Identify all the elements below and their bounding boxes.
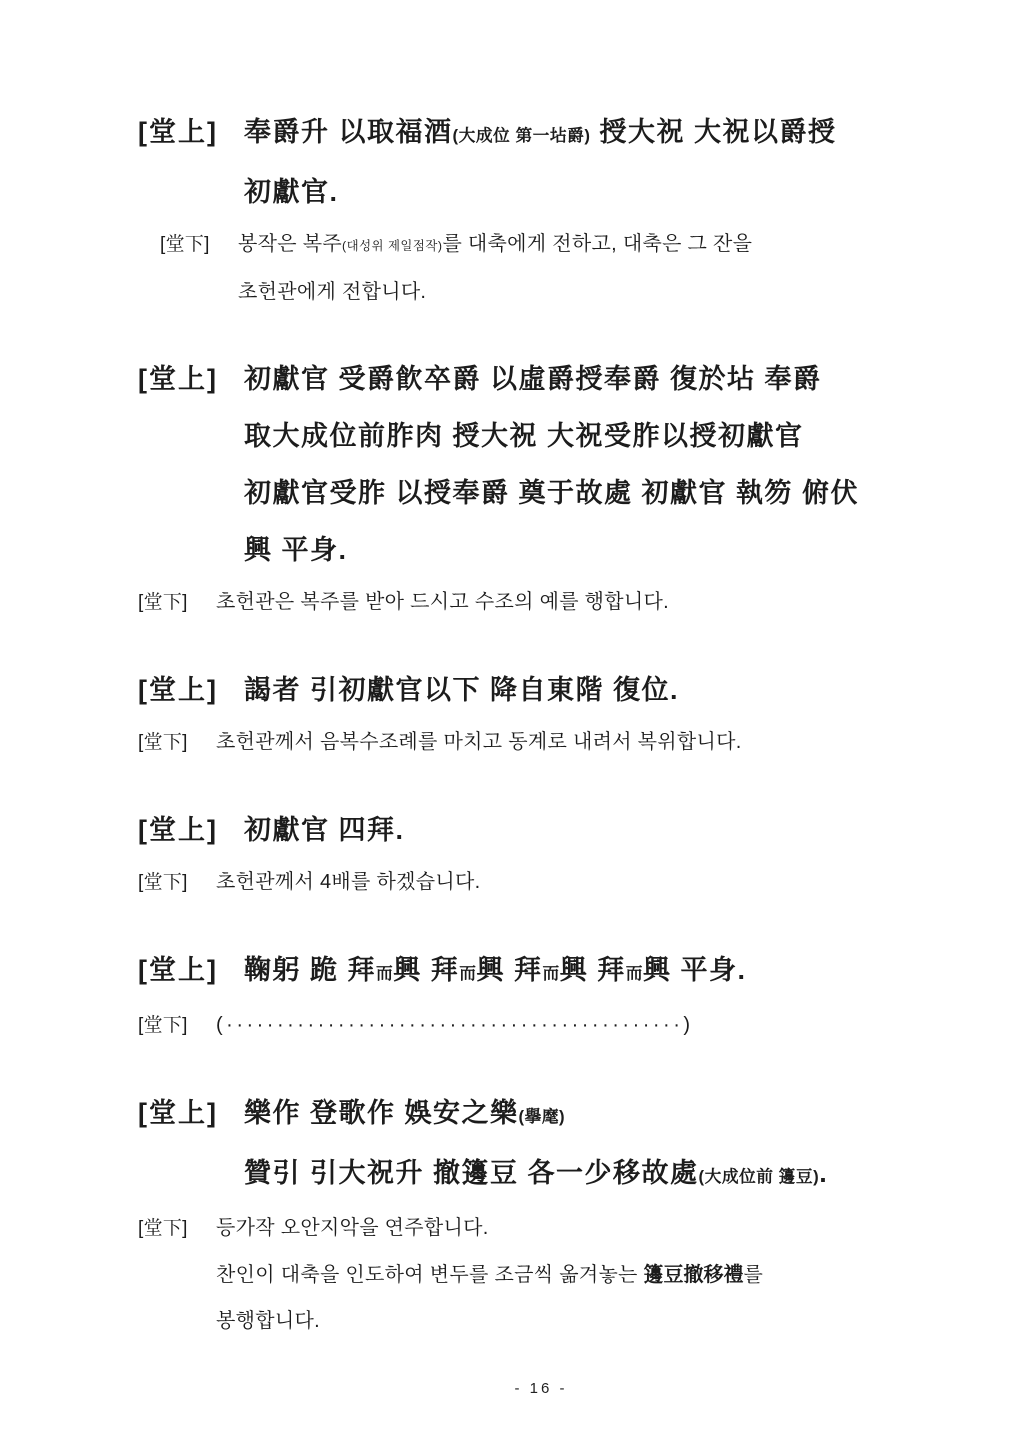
explanation-line-hangul: [堂下]봉작은 복주(대성위 제일점작)를 대축에게 전하고, 대축은 그 잔을: [160, 221, 944, 269]
document-body: [堂上]奉爵升 以取福酒(大成位 第一坫爵) 授大祝 大祝以爵授初獻官.[堂下]…: [138, 104, 944, 1344]
ceremony-line-hanja: [堂上]鞠躬 跪 拜而興 拜而興 拜而興 拜而興 平身.: [138, 942, 944, 1002]
text-segment: 籩豆撤移禮: [644, 1264, 744, 1286]
inline-annotation: 而: [459, 964, 476, 983]
speaker-label: [堂上]: [138, 104, 244, 161]
text-segment: 찬인이 대축을 인도하여 변두를 조금씩 옮겨놓는: [216, 1264, 644, 1286]
speaker-label: [堂上]: [138, 662, 244, 719]
text-segment: 興 平身.: [643, 955, 747, 985]
ceremony-line-hanja: [堂上]奉爵升 以取福酒(大成位 第一坫爵) 授大祝 大祝以爵授: [138, 104, 944, 164]
text-segment: 興 拜: [393, 955, 459, 985]
speaker-label: [堂上]: [138, 351, 244, 408]
ceremony-line-hanja: 取大成位前胙肉 授大祝 大祝受胙以授初獻官: [138, 408, 944, 465]
text-segment: 興 拜: [560, 955, 626, 985]
text-segment: 贊引 引大祝升 撤籩豆 各一少移故處: [244, 1158, 699, 1188]
inline-annotation: 而: [626, 964, 643, 983]
speaker-label: [堂上]: [138, 1085, 244, 1142]
speaker-label: [堂下]: [138, 720, 216, 766]
explanation-line-hangul: 초헌관에게 전합니다.: [160, 269, 944, 315]
text-segment: 奉爵升 以取福酒: [244, 117, 453, 147]
explanation-line-hangul: [堂下](···································…: [138, 1002, 944, 1049]
speaker-label: [堂下]: [138, 580, 216, 626]
speaker-label: [堂下]: [138, 1003, 216, 1049]
section-3: [堂上]謁者 引初獻官以下 降自東階 復位.[堂下]초헌관께서 음복수조례를 마…: [138, 662, 944, 766]
ceremony-line-hanja: 初獻官.: [138, 164, 944, 221]
ceremony-line-hanja: 興 平身.: [138, 522, 944, 579]
text-segment: 初獻官 四拜.: [244, 815, 405, 845]
text-segment: 봉작은 복주: [238, 233, 342, 255]
explanation-line-hangul: [堂下]초헌관께서 음복수조례를 마치고 동계로 내려서 복위합니다.: [138, 719, 944, 766]
inline-annotation: (대성위 제일점작): [342, 239, 442, 253]
inline-annotation: (擧麾): [519, 1107, 566, 1126]
explanation-line-hangul: 찬인이 대축을 인도하여 변두를 조금씩 옮겨놓는 籩豆撤移禮를: [138, 1252, 944, 1298]
explanation-line-hangul: [堂下]등가작 오안지악을 연주합니다.: [138, 1205, 944, 1252]
ceremony-line-hanja: [堂上]謁者 引初獻官以下 降自東階 復位.: [138, 662, 944, 719]
text-segment: 樂作 登歌作 娛安之樂: [244, 1098, 519, 1128]
text-segment: 取大成位前胙肉 授大祝 大祝受胙以授初獻官: [244, 421, 804, 451]
section-1: [堂上]奉爵升 以取福酒(大成位 第一坫爵) 授大祝 大祝以爵授初獻官.[堂下]…: [138, 104, 944, 315]
ceremony-line-hanja: [堂上]初獻官 受爵飮卒爵 以虛爵授奉爵 復於坫 奉爵: [138, 351, 944, 408]
text-segment: 초헌관께서 4배를 하겠습니다.: [216, 871, 480, 893]
explanation-line-hangul: 봉행합니다.: [138, 1298, 944, 1344]
ceremony-line-hanja: [堂上]初獻官 四拜.: [138, 802, 944, 859]
speaker-label: [堂上]: [138, 802, 244, 859]
explanation-line-hangul: [堂下]초헌관께서 4배를 하겠습니다.: [138, 859, 944, 906]
section-5: [堂上]鞠躬 跪 拜而興 拜而興 拜而興 拜而興 平身.[堂下](·······…: [138, 942, 944, 1049]
speaker-label: [堂下]: [160, 222, 238, 268]
section-2: [堂上]初獻官 受爵飮卒爵 以虛爵授奉爵 復於坫 奉爵取大成位前胙肉 授大祝 大…: [138, 351, 944, 626]
text-segment: 初獻官受胙 以授奉爵 奠于故處 初獻官 執笏 俯伏: [244, 478, 859, 508]
text-segment: 를 대축에게 전하고, 대축은 그 잔을: [442, 233, 752, 255]
inline-annotation: 而: [543, 964, 560, 983]
speaker-label: [堂上]: [138, 942, 244, 999]
ceremony-line-hanja: [堂上]樂作 登歌作 娛安之樂(擧麾): [138, 1085, 944, 1145]
text-segment: (·······································…: [216, 1014, 694, 1036]
text-segment: 초헌관에게 전합니다.: [238, 281, 426, 303]
text-segment: 初獻官 受爵飮卒爵 以虛爵授奉爵 復於坫 奉爵: [244, 364, 822, 394]
explanation-line-hangul: [堂下]초헌관은 복주를 받아 드시고 수조의 예를 행합니다.: [138, 579, 944, 626]
section-6: [堂上]樂作 登歌作 娛安之樂(擧麾)贊引 引大祝升 撤籩豆 各一少移故處(大成…: [138, 1085, 944, 1344]
text-segment: 봉행합니다.: [216, 1310, 320, 1332]
section-4: [堂上]初獻官 四拜.[堂下]초헌관께서 4배를 하겠습니다.: [138, 802, 944, 906]
speaker-label: [堂下]: [138, 1206, 216, 1252]
text-segment: 興 拜: [477, 955, 543, 985]
text-segment: 授大祝 大祝以爵授: [590, 117, 836, 147]
text-segment: .: [819, 1158, 828, 1188]
text-segment: 謁者 引初獻官以下 降自東階 復位.: [244, 675, 679, 705]
text-segment: 興 平身.: [244, 535, 348, 565]
text-segment: 鞠躬 跪 拜: [244, 955, 376, 985]
document-page: [堂上]奉爵升 以取福酒(大成位 第一坫爵) 授大祝 大祝以爵授初獻官.[堂下]…: [0, 0, 1024, 1448]
inline-annotation: (大成位前 籩豆): [699, 1167, 820, 1186]
speaker-label: [堂下]: [138, 860, 216, 906]
text-segment: 초헌관은 복주를 받아 드시고 수조의 예를 행합니다.: [216, 591, 669, 613]
text-segment: 등가작 오안지악을 연주합니다.: [216, 1217, 489, 1239]
ceremony-line-hanja: 初獻官受胙 以授奉爵 奠于故處 初獻官 執笏 俯伏: [138, 465, 944, 522]
inline-annotation: 而: [376, 964, 393, 983]
inline-annotation: (大成位 第一坫爵): [453, 126, 591, 145]
ceremony-line-hanja: 贊引 引大祝升 撤籩豆 各一少移故處(大成位前 籩豆).: [138, 1145, 944, 1205]
text-segment: 初獻官.: [244, 177, 339, 207]
text-segment: 를: [744, 1264, 764, 1286]
page-number: - 16 -: [138, 1380, 944, 1397]
text-segment: 초헌관께서 음복수조례를 마치고 동계로 내려서 복위합니다.: [216, 731, 742, 753]
